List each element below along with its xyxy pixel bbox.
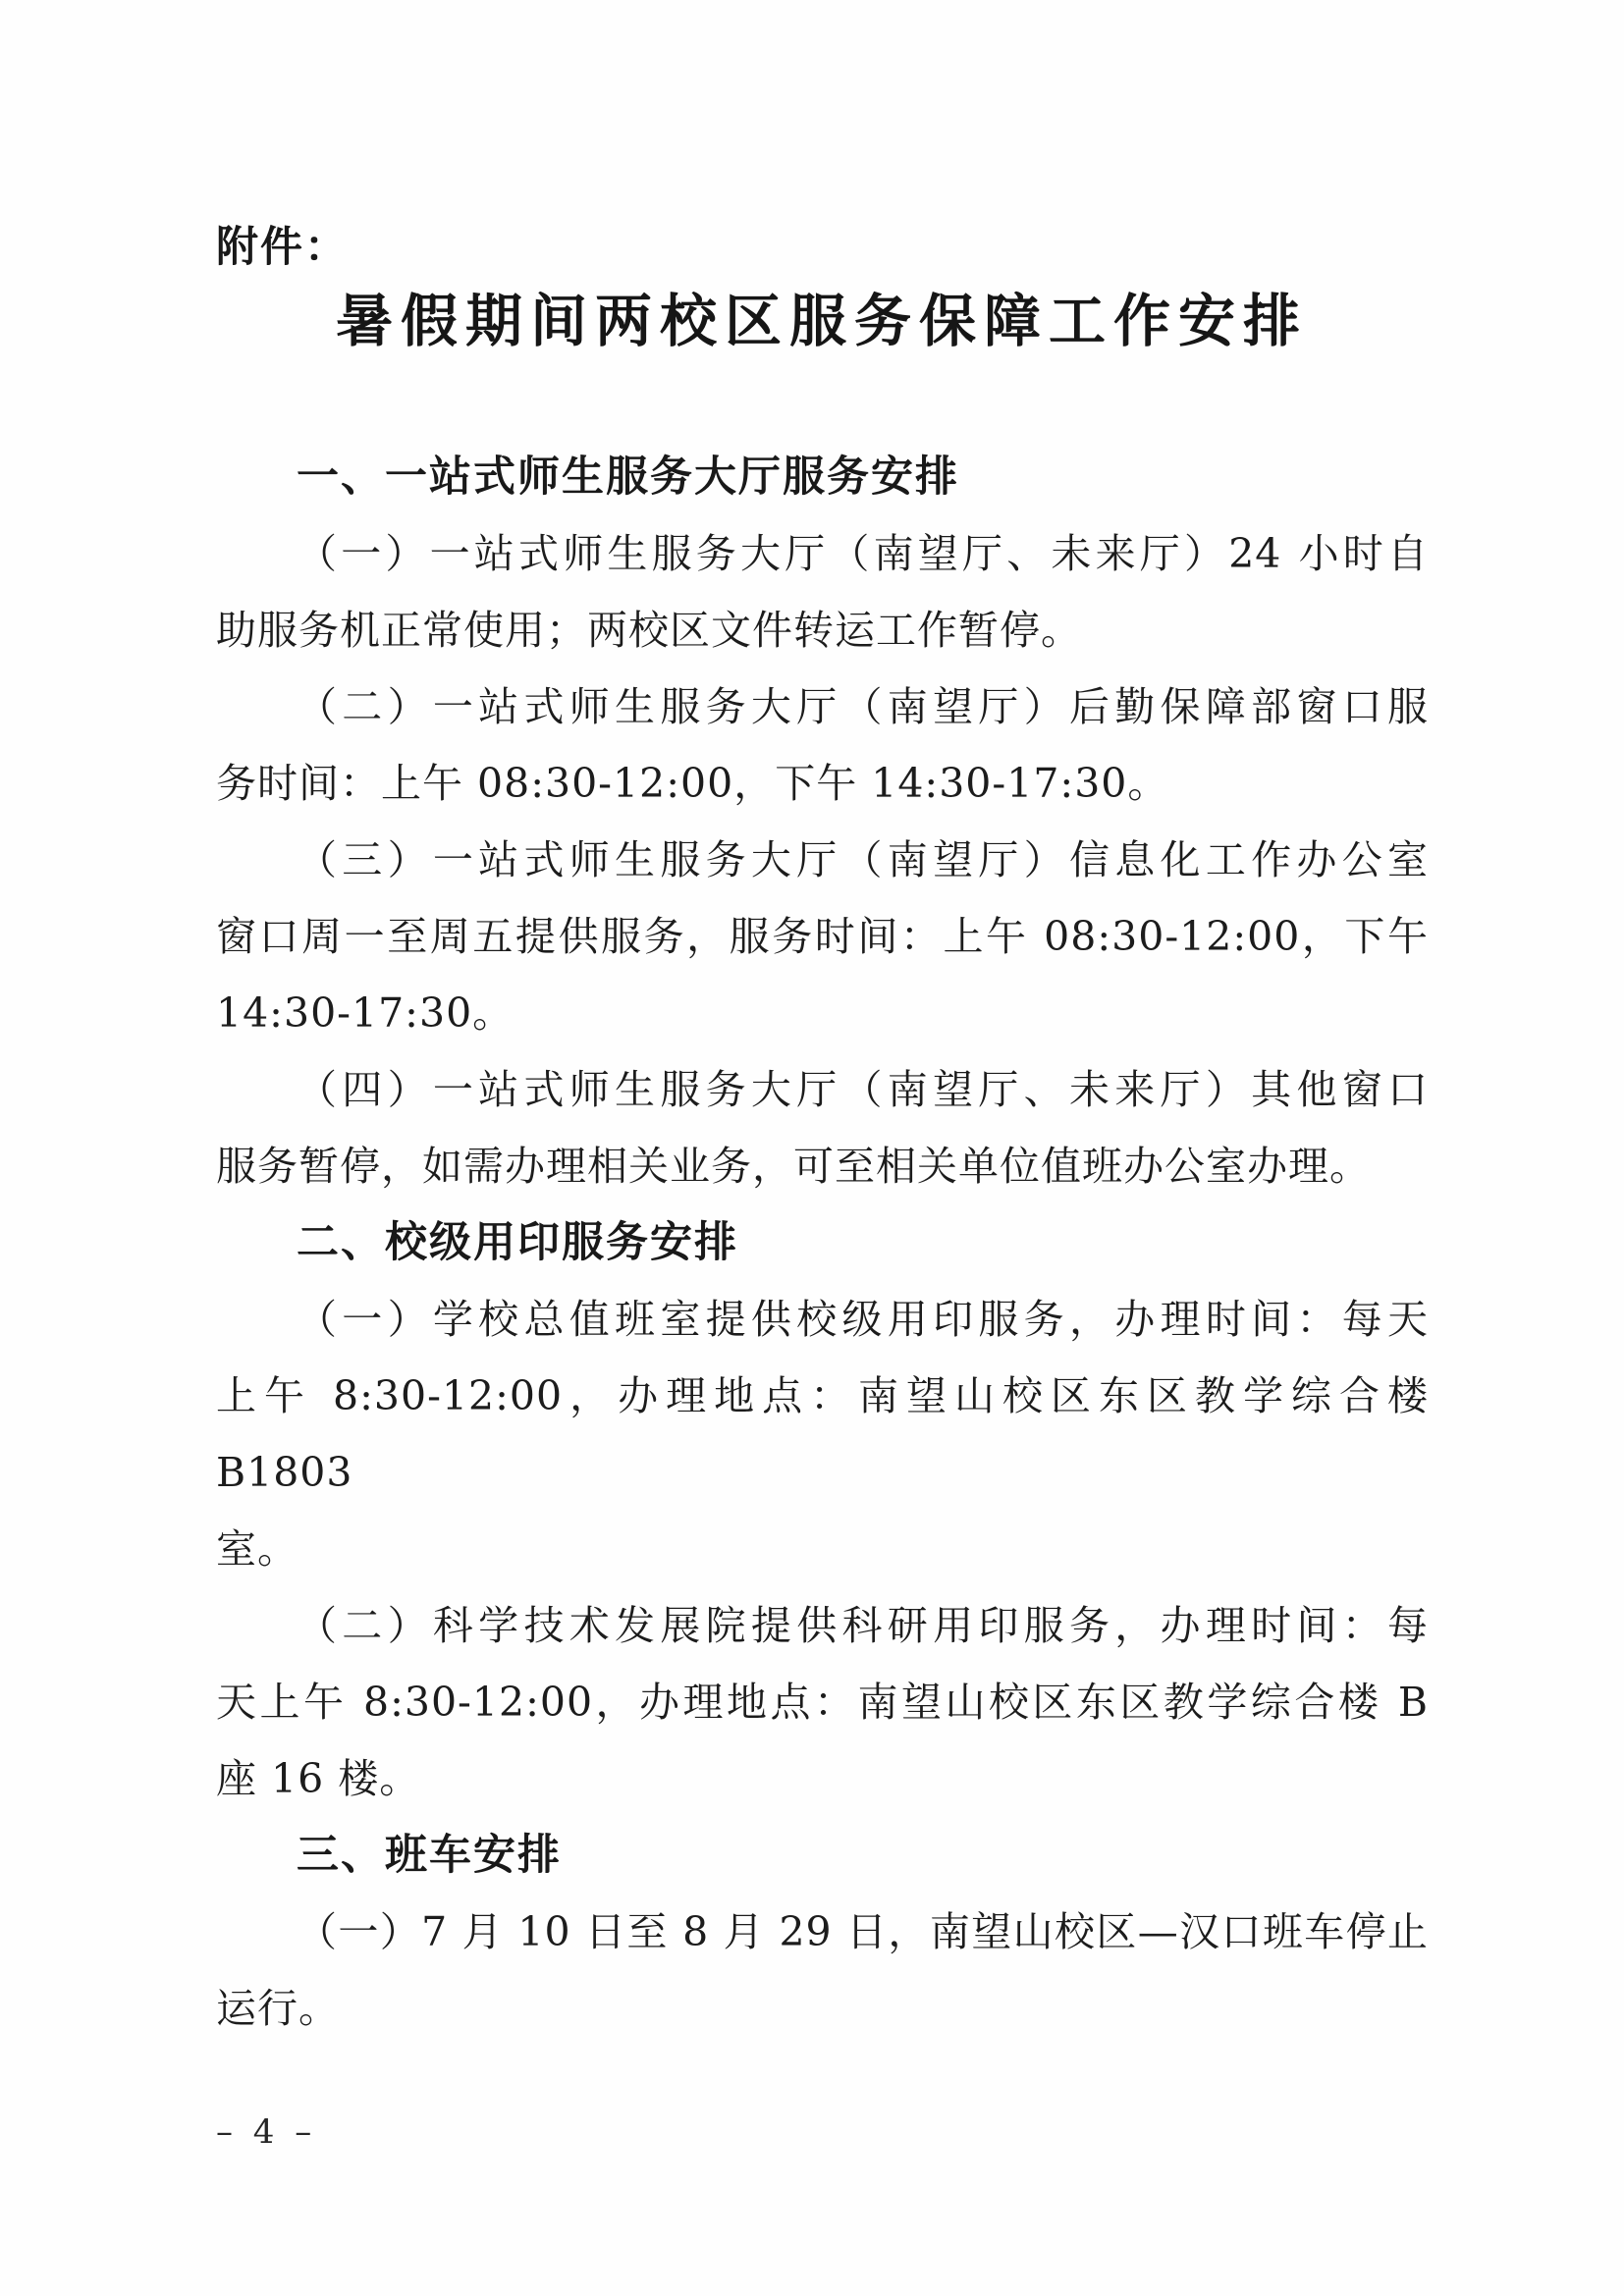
section: 二、校级用印服务安排（一）学校总值班室提供校级用印服务，办理时间：每天上午 8:… [216, 1204, 1429, 1817]
text-line: 座 16 楼。 [216, 1740, 1429, 1817]
text-line: 服务暂停，如需办理相关业务，可至相关单位值班办公室办理。 [216, 1128, 1429, 1204]
text-line: 天上午 8:30-12:00，办理地点：南望山校区东区教学综合楼 B [216, 1664, 1429, 1740]
text-line: 助服务机正常使用；两校区文件转运工作暂停。 [216, 592, 1429, 668]
text-line: （一）7 月 10 日至 8 月 29 日，南望山校区—汉口班车停止 [216, 1894, 1429, 1970]
paragraph: （一）学校总值班室提供校级用印服务，办理时间：每天上午 8:30-12:00，办… [216, 1281, 1429, 1587]
paragraph: （一）7 月 10 日至 8 月 29 日，南望山校区—汉口班车停止运行。 [216, 1894, 1429, 2047]
section-heading: 三、班车安排 [216, 1817, 1429, 1894]
text-line: 14:30-17:30。 [216, 975, 1429, 1051]
document-body: 一、一站式师生服务大厅服务安排（一）一站式师生服务大厅（南望厅、未来厅）24 小… [216, 439, 1429, 2047]
section: 三、班车安排（一）7 月 10 日至 8 月 29 日，南望山校区—汉口班车停止… [216, 1817, 1429, 2047]
attachment-label: 附件： [216, 0, 1624, 277]
document-page: 附件： 暑假期间两校区服务保障工作安排 一、一站式师生服务大厅服务安排（一）一站… [0, 0, 1624, 2296]
paragraph: （二）一站式师生服务大厅（南望厅）后勤保障部窗口服务时间：上午 08:30-12… [216, 668, 1429, 822]
text-line: （三）一站式师生服务大厅（南望厅）信息化工作办公室 [216, 822, 1429, 898]
text-line: （四）一站式师生服务大厅（南望厅、未来厅）其他窗口 [216, 1051, 1429, 1128]
paragraph: （四）一站式师生服务大厅（南望厅、未来厅）其他窗口服务暂停，如需办理相关业务，可… [216, 1051, 1429, 1204]
paragraph: （二）科学技术发展院提供科研用印服务，办理时间：每天上午 8:30-12:00，… [216, 1587, 1429, 1817]
section: 一、一站式师生服务大厅服务安排（一）一站式师生服务大厅（南望厅、未来厅）24 小… [216, 439, 1429, 1204]
paragraph: （一）一站式师生服务大厅（南望厅、未来厅）24 小时自助服务机正常使用；两校区文… [216, 515, 1429, 668]
text-line: 上午 8:30-12:00，办理地点：南望山校区东区教学综合楼 B1803 [216, 1358, 1429, 1511]
text-line: （一）一站式师生服务大厅（南望厅、未来厅）24 小时自 [216, 515, 1429, 592]
text-line: 运行。 [216, 1970, 1429, 2047]
paragraph: （三）一站式师生服务大厅（南望厅）信息化工作办公室窗口周一至周五提供服务，服务时… [216, 822, 1429, 1051]
text-line: 室。 [216, 1511, 1429, 1587]
section-heading: 一、一站式师生服务大厅服务安排 [216, 439, 1429, 515]
page-number: – 4 – [216, 2110, 316, 2154]
text-line: （二）科学技术发展院提供科研用印服务，办理时间：每 [216, 1587, 1429, 1664]
text-line: 务时间：上午 08:30-12:00，下午 14:30-17:30。 [216, 745, 1429, 822]
section-heading: 二、校级用印服务安排 [216, 1204, 1429, 1281]
text-line: 窗口周一至周五提供服务，服务时间：上午 08:30-12:00，下午 [216, 898, 1429, 975]
text-line: （一）学校总值班室提供校级用印服务，办理时间：每天 [216, 1281, 1429, 1358]
document-title: 暑假期间两校区服务保障工作安排 [216, 287, 1428, 355]
text-line: （二）一站式师生服务大厅（南望厅）后勤保障部窗口服 [216, 668, 1429, 745]
